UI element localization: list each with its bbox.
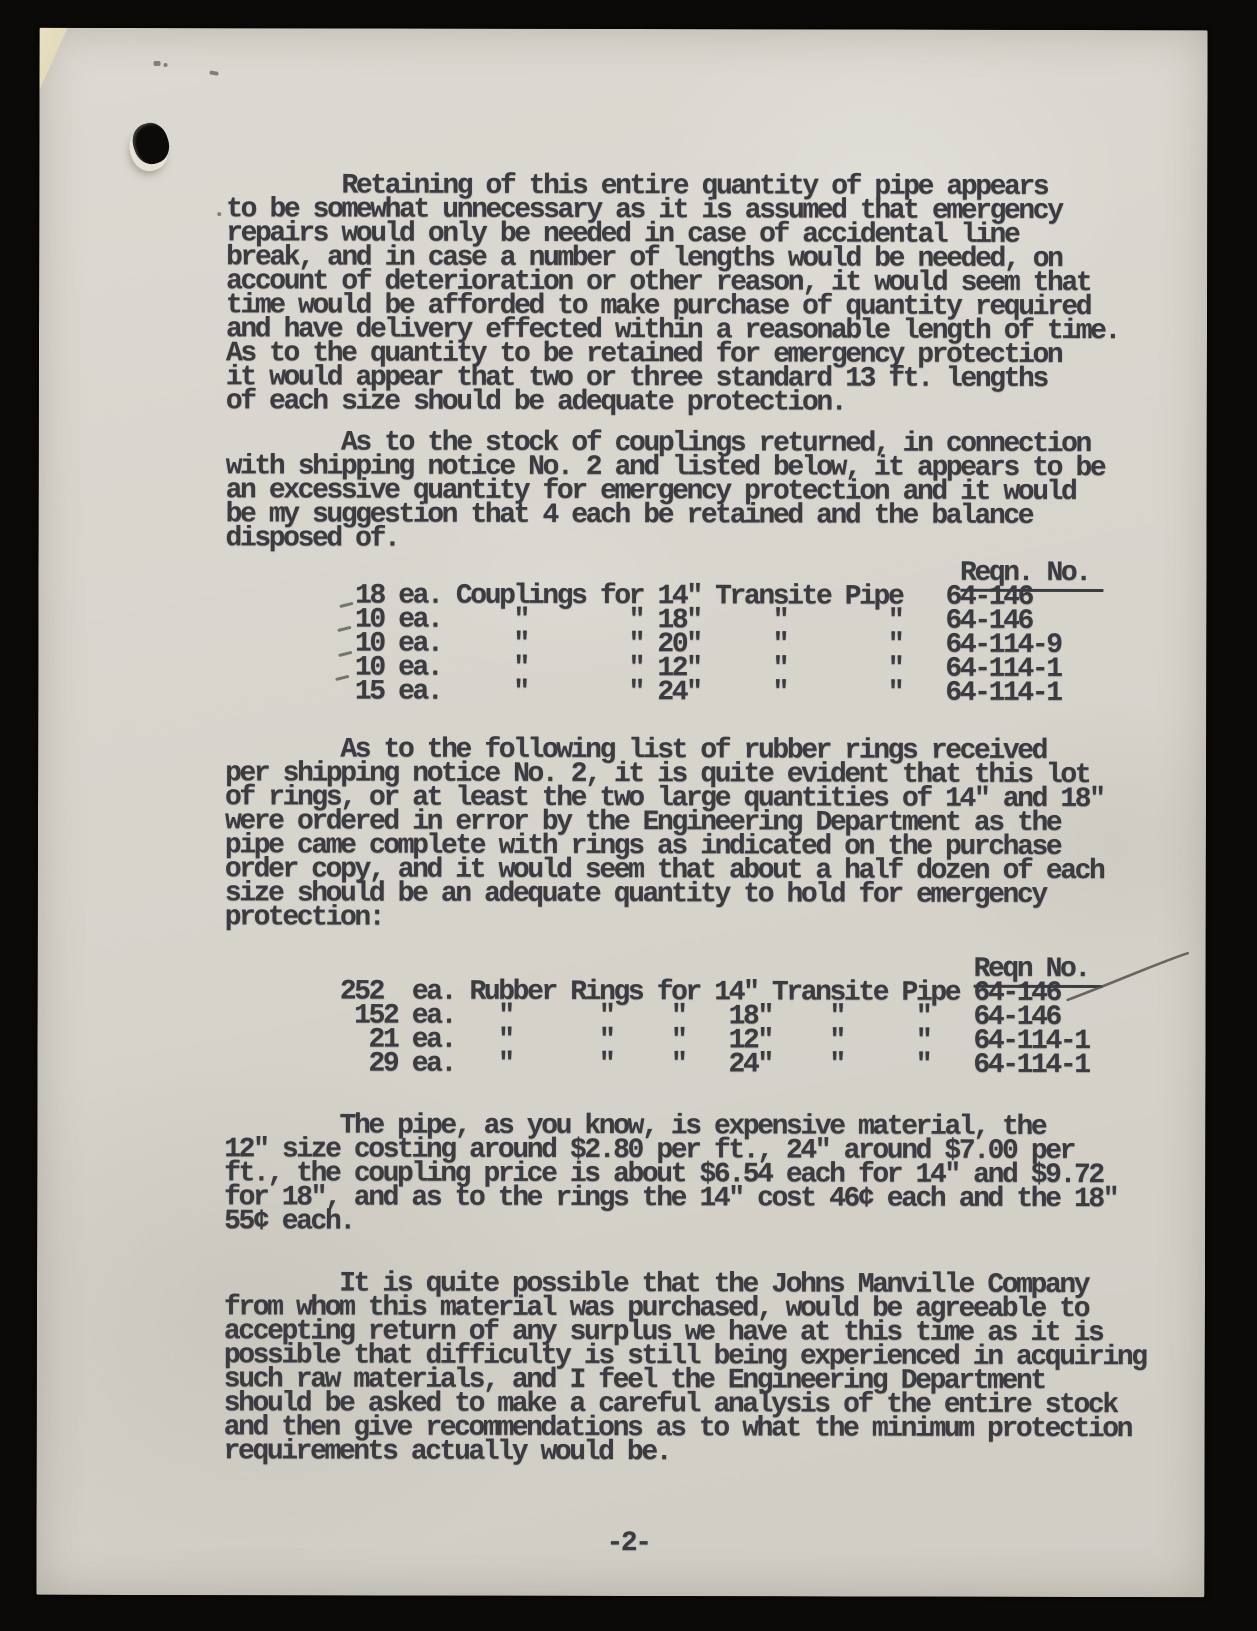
corner-fold <box>40 28 68 90</box>
paragraph-johns-manville: It is quite possible that the Johns Manv… <box>224 1272 1146 1466</box>
table-row: 15 ea. " " 24" " " 64-114-1 <box>225 680 1103 706</box>
pencil-speck <box>209 70 219 76</box>
table-row: 29 ea. " " " 24" " " 64-114-1 <box>224 1052 1102 1078</box>
pencil-line-mark <box>1038 945 1198 1015</box>
paragraph-rubber-rings: As to the following list of rubber rings… <box>225 738 1104 932</box>
paragraph-couplings-returned: As to the stock of couplings returned, i… <box>226 431 1105 553</box>
paragraph-pipe-prices: The pipe, as you know, is expensive mate… <box>224 1114 1117 1236</box>
pencil-speck <box>164 63 168 67</box>
couplings-table: Reqn. No. 18 ea. Couplings for 14" Trans… <box>225 560 1103 706</box>
text-line: for 18", and as to the rings the 14" cos… <box>224 1186 1117 1212</box>
hole-punch <box>128 119 174 169</box>
page-number: -2- <box>606 1532 649 1556</box>
pencil-speck <box>154 61 161 66</box>
paragraph-retaining-pipe: Retaining of this entire quantity of pip… <box>226 174 1119 416</box>
pencil-speck <box>217 212 221 216</box>
rubber-rings-table: Reqn No. 252 ea. Rubber Rings for 14" Tr… <box>224 956 1102 1078</box>
document-page: Retaining of this entire quantity of pip… <box>36 28 1207 1597</box>
